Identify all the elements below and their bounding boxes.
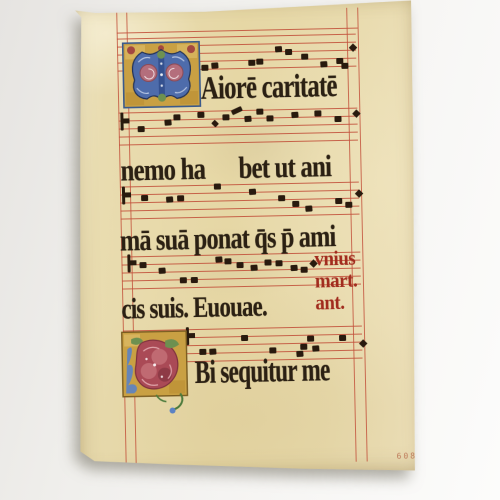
chant-line-5: Bi sequitur me <box>194 354 329 390</box>
chant-line-2b: bet ut ani <box>238 150 331 183</box>
rubric-unius: vnius <box>314 248 355 270</box>
foliation-number: 608 <box>396 451 417 460</box>
photo-background: Aiorē caritatē nemo ha bet ut ani mā suā… <box>0 0 500 500</box>
chant-line-3: mā suā ponat q̄s p̄ ami <box>120 220 336 256</box>
chant-text-layer: Aiorē caritatē nemo ha bet ut ani mā suā… <box>65 0 423 480</box>
chant-line-1: Aiorē caritatē <box>201 70 338 106</box>
chant-line-2a: nemo ha <box>120 153 205 186</box>
chant-line-4: cis suis. Euouae. <box>121 292 267 325</box>
rubric-ant: ant. <box>315 292 345 314</box>
manuscript-leaf: Aiorē caritatē nemo ha bet ut ani mā suā… <box>65 0 423 480</box>
rubric-mart: mart. <box>315 270 358 292</box>
manuscript-leaf-wrapper: Aiorē caritatē nemo ha bet ut ani mā suā… <box>65 0 423 480</box>
